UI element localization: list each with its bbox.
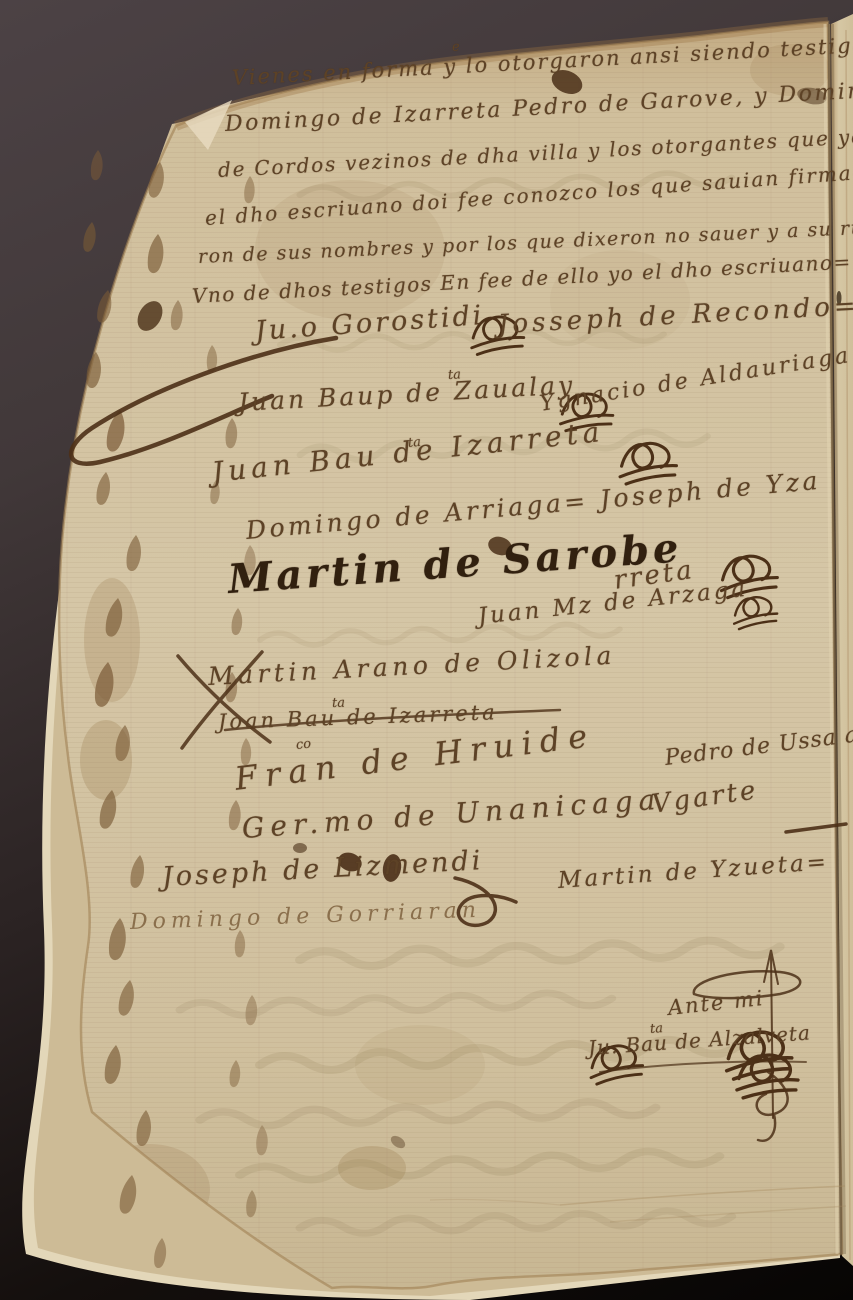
signature-olizola: Martin Arano de Olizola xyxy=(207,641,616,691)
signature-recondo: Josseph de Recondo= xyxy=(497,291,853,340)
manuscript-photo: e Vienes en forma y lo otorgaron ansi si… xyxy=(0,0,853,1300)
signature-gorriaran: Domingo de Gorriaran xyxy=(130,898,482,935)
signature-zaualay: Juan Baup de Zaualay xyxy=(237,370,576,417)
inserted-superscript-letter: e xyxy=(451,39,460,55)
signature-aldauriaga: Ygnacio de Aldauriaga xyxy=(538,343,853,417)
signature-ussa-line-2: Vgarte xyxy=(650,775,760,820)
signature-yzueta: Martin de Yzueta= xyxy=(557,849,830,894)
ante-mi-label: Ante mi xyxy=(667,986,766,1020)
signature-arriaga-yza: Domingo de Arriaga= Joseph de Yza xyxy=(245,466,822,545)
body-text-line: Vienes en forma y lo otorgaron ansi sien… xyxy=(231,32,853,90)
signature-gorostidi: Ju.o Gorostidi xyxy=(254,300,485,347)
signature-unanicaga: Ger.mo de Unanicaga xyxy=(241,783,662,845)
signature-izarreta-2: Joan Bau de Izarreta xyxy=(218,700,498,734)
signature-lizmendi: Joseph de Lizmendi xyxy=(161,845,484,893)
notary-signature: Ju. Bau de Alzalveta xyxy=(587,1020,811,1060)
manuscript-text-layer: e Vienes en forma y lo otorgaron ansi si… xyxy=(0,0,853,1300)
body-text-line: Domingo de Izarreta Pedro de Garove, y D… xyxy=(224,77,853,137)
signature-ussa-line-1: Pedro de Ussa aur xyxy=(663,719,853,771)
signature-izarreta-1: Juan Bau de Izarreta xyxy=(210,415,606,489)
signature-arzaga: Juan Mz de Arzaga xyxy=(477,576,750,630)
